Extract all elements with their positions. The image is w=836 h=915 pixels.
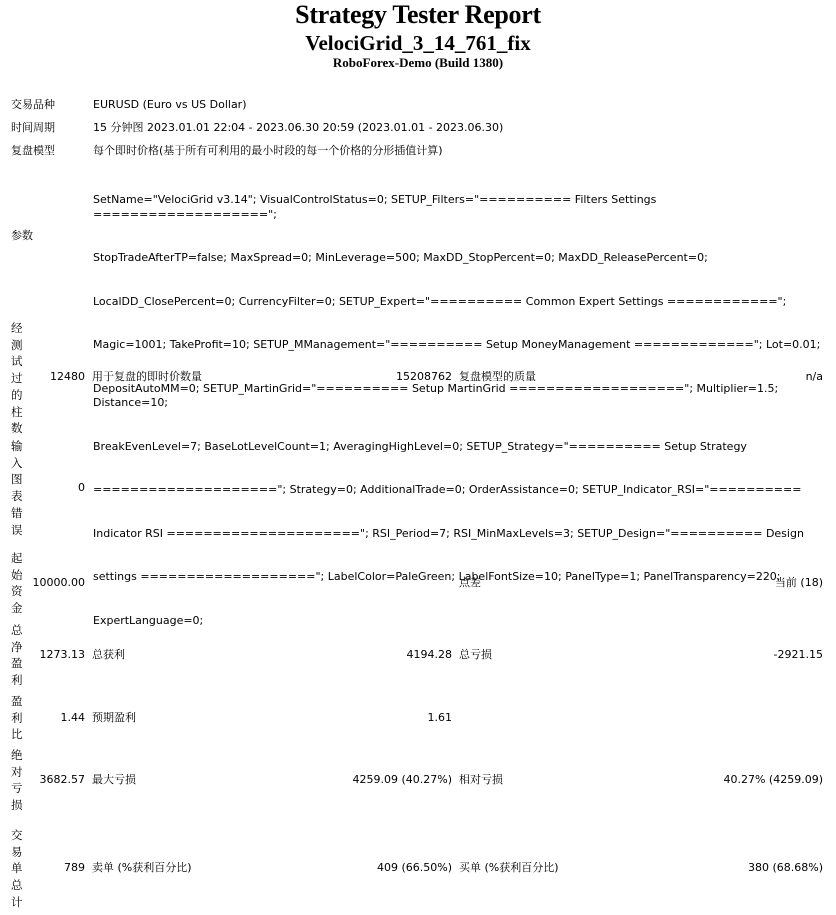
abs-drawdown-value: 3682.57	[20, 772, 85, 787]
quality-value: n/a	[700, 369, 823, 384]
model-label: 复盘模型	[11, 143, 55, 158]
params-line: Indicator RSI ====================="; RS…	[93, 527, 828, 542]
bars-value: 12480	[30, 369, 85, 384]
period-value: 15 分钟图 2023.01.01 22:04 - 2023.06.30 20:…	[93, 120, 503, 135]
params-line: ===================="; Strategy=0; Addit…	[93, 483, 828, 498]
rel-drawdown-label: 相对亏损	[459, 772, 503, 787]
gross-loss-label: 总亏损	[459, 647, 492, 662]
params-value: SetName="VelociGrid v3.14"; VisualContro…	[93, 164, 828, 643]
model-value: 每个即时价格(基于所有可利用的最小时段的每一个价格的分形插值计算)	[93, 143, 443, 158]
report-title: Strategy Tester Report	[0, 0, 836, 30]
rel-drawdown-value: 40.27% (4259.09)	[650, 772, 823, 787]
payoff-value: 1.61	[300, 710, 452, 725]
gross-loss-value: -2921.15	[700, 647, 823, 662]
params-line: DepositAutoMM=0; SETUP_MartinGrid="=====…	[93, 382, 828, 411]
params-line: Magic=1001; TakeProfit=10; SETUP_MManage…	[93, 338, 828, 353]
net-profit-value: 1273.13	[20, 647, 85, 662]
payoff-label: 预期盈利	[92, 710, 136, 725]
gross-profit-label: 总获利	[92, 647, 125, 662]
params-line: ExpertLanguage=0;	[93, 614, 828, 629]
params-line: BreakEvenLevel=7; BaseLotLevelCount=1; A…	[93, 440, 828, 455]
params-line: StopTradeAfterTP=false; MaxSpread=0; Min…	[93, 251, 828, 266]
ticks-value: 15208762	[300, 369, 452, 384]
long-trades-value: 380 (68.68%)	[680, 860, 823, 875]
spread-value: 当前 (18)	[700, 575, 823, 590]
total-trades-value: 789	[20, 860, 85, 875]
params-line: LocalDD_ClosePercent=0; CurrencyFilter=0…	[93, 295, 828, 310]
max-drawdown-value: 4259.09 (40.27%)	[300, 772, 452, 787]
profit-factor-value: 1.44	[20, 710, 85, 725]
deposit-value: 10000.00	[20, 575, 85, 590]
symbol-label: 交易品种	[11, 97, 55, 112]
expert-name: VelociGrid_3_14_761_fix	[0, 30, 836, 56]
ticks-label: 用于复盘的即时价数量	[92, 369, 202, 384]
params-line: SetName="VelociGrid v3.14"; VisualContro…	[93, 193, 828, 222]
max-drawdown-label: 最大亏损	[92, 772, 136, 787]
short-trades-value: 409 (66.50%)	[300, 860, 452, 875]
server-build: RoboForex-Demo (Build 1380)	[0, 55, 836, 71]
quality-label: 复盘模型的质量	[459, 369, 536, 384]
symbol-value: EURUSD (Euro vs US Dollar)	[93, 97, 247, 112]
errors-value: 0	[30, 480, 85, 495]
long-trades-label: 买单 (%获利百分比)	[459, 860, 559, 875]
params-label: 参数	[11, 228, 33, 243]
errors-label: 输入图表错误	[11, 438, 25, 538]
bars-label: 经测试过的柱数	[11, 320, 25, 437]
period-label: 时间周期	[11, 120, 55, 135]
short-trades-label: 卖单 (%获利百分比)	[92, 860, 192, 875]
gross-profit-value: 4194.28	[300, 647, 452, 662]
spread-label: 点差	[459, 575, 481, 590]
